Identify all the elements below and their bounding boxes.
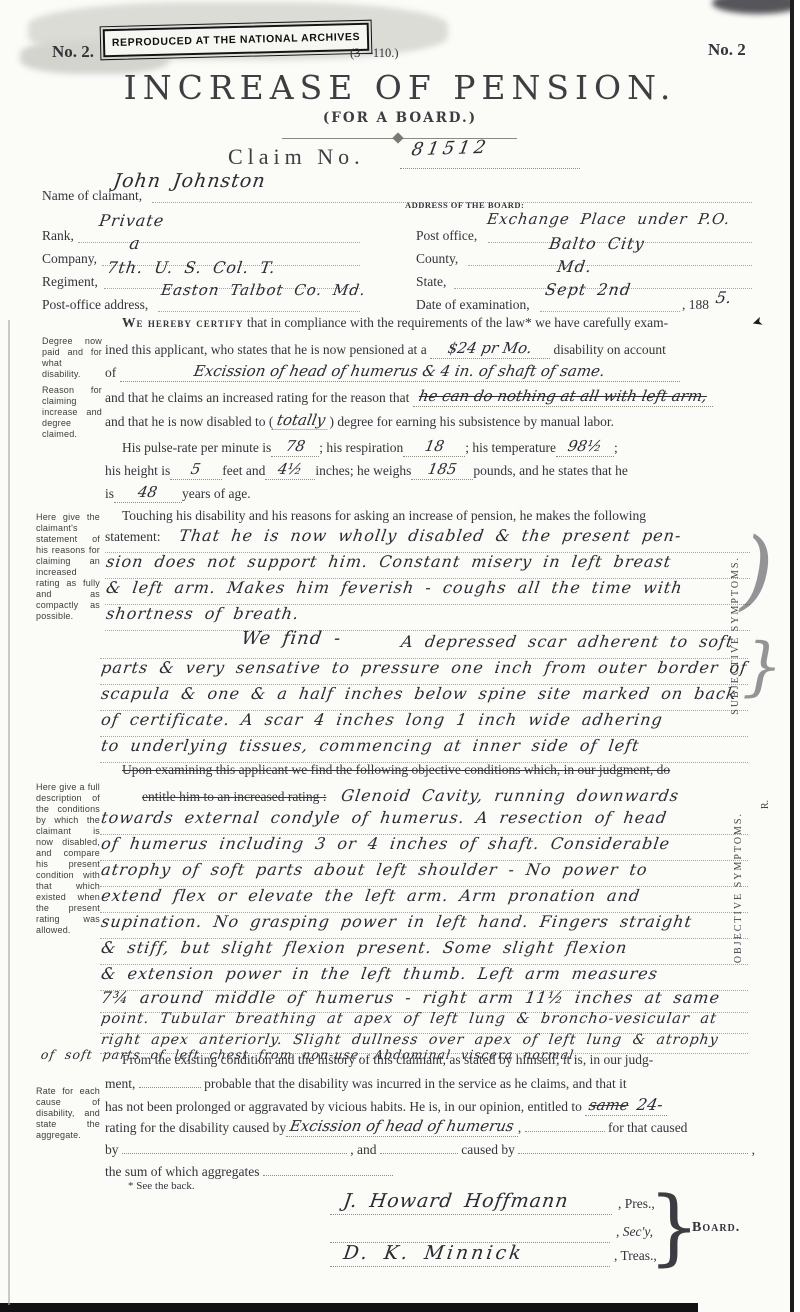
findings-line-5: to underlying tissues, commencing at inn… xyxy=(100,736,748,763)
judgment-caused-by: caused by xyxy=(461,1142,515,1157)
height-feet-field: 5 xyxy=(170,461,222,480)
vitals-semicolon: ; xyxy=(614,440,618,455)
form-number-right: No. 2 xyxy=(708,40,746,60)
scan-edge-right-white xyxy=(794,0,800,1312)
ink-mark-right: ➤ xyxy=(750,313,765,332)
cause-value: Excission of head of humerus xyxy=(284,1117,519,1135)
certify-l5a: and that he is now disabled to ( xyxy=(105,414,273,429)
certify-l3a: of xyxy=(105,365,116,380)
pension-rate-field: $24 pr Mo. xyxy=(430,340,550,359)
findings-line-1: A depressed scar adherent to soft xyxy=(100,632,748,659)
height-label: his height is xyxy=(105,463,170,478)
state-label: State, xyxy=(416,274,446,290)
name-value: John Johnston xyxy=(112,170,267,192)
age-suffix: years of age. xyxy=(182,486,251,501)
struck-rating-text: entitle him to an increased rating : xyxy=(142,789,326,804)
objective-hw-7: & stiff, but slight flexion present. Som… xyxy=(100,938,629,957)
findings-bracket-flourish: } xyxy=(742,630,783,704)
pulse-value: 78 xyxy=(280,437,310,455)
judgment-for-that: for that caused xyxy=(608,1120,687,1135)
margin-note-degree: Degree now paid and for what disability. xyxy=(42,336,102,380)
margin-note-description: Here give a full description of the cond… xyxy=(36,782,100,936)
objective-hw-3: of humerus including 3 or 4 inches of sh… xyxy=(100,834,671,853)
page-subtitle: (FOR A BOARD.) xyxy=(0,110,800,126)
age-value: 48 xyxy=(133,483,163,501)
statement-hw-4: shortness of breath. xyxy=(105,604,301,623)
judgment-blank-6 xyxy=(263,1162,393,1176)
signature-president: J. Howard Hoffmann xyxy=(342,1190,570,1212)
vitals-line-1: His pulse-rate per minute is78; his resp… xyxy=(122,438,618,457)
objective-line-3: of humerus including 3 or 4 inches of sh… xyxy=(100,834,748,861)
objective-symptoms-label: OBJECTIVE SYMPTOMS. xyxy=(733,812,744,963)
age-prefix: is xyxy=(105,486,114,501)
county-value: Balto City xyxy=(548,234,646,253)
findings-hw-1: A depressed scar adherent to soft xyxy=(400,632,735,651)
claim-label: Claim No. xyxy=(228,144,365,170)
po-address-label: Post-office address, xyxy=(42,297,148,313)
company-label: Company, xyxy=(42,251,97,267)
judgment-line-3: has not been prolonged or aggravated by … xyxy=(105,1096,667,1116)
judgment-entitled: has not been prolonged or aggravated by … xyxy=(105,1099,582,1114)
county-label: County, xyxy=(416,251,458,267)
findings-hw-2: parts & very sensative to pressure one i… xyxy=(100,658,749,677)
judgment-blank-1 xyxy=(139,1074,201,1088)
weight-units-label: pounds, and he states that he xyxy=(473,463,627,478)
judgment-aggregates: the sum of which aggregates xyxy=(105,1164,259,1179)
judgment-rating-for: rating for the disability caused by xyxy=(105,1120,286,1135)
height-feet-value: 5 xyxy=(186,460,207,478)
objective-line-4: atrophy of soft parts about left shoulde… xyxy=(100,860,748,887)
pulse-field: 78 xyxy=(271,438,319,457)
objective-hw-10: point. Tubular breathing at apex of left… xyxy=(100,1011,718,1027)
page-title: INCREASE OF PENSION. xyxy=(0,68,800,107)
judgment-blank-3 xyxy=(122,1140,347,1154)
judgment-line-1: From the existing condition and the hist… xyxy=(122,1052,653,1068)
scan-edge-bottom xyxy=(0,1303,698,1312)
pulse-label: His pulse-rate per minute is xyxy=(122,440,271,455)
judgment-probable: probable that the disability was incurre… xyxy=(204,1076,627,1091)
r-margin-label: R. xyxy=(760,800,771,809)
reason-value: he can do nothing at all with left arm, xyxy=(413,387,712,405)
weight-label: inches; he weighs xyxy=(315,463,411,478)
rank-value: Private xyxy=(98,211,166,230)
certify-line-5: and that he is now disabled to (totally)… xyxy=(105,412,614,431)
struck-line-2: entitle him to an increased rating : Gle… xyxy=(142,786,678,806)
findings-line-2: parts & very sensative to pressure one i… xyxy=(100,658,748,685)
temperature-label: ; his temperature xyxy=(465,440,556,455)
findings-hw-3: scapula & one & a half inches below spin… xyxy=(100,684,738,703)
judgment-blank-4 xyxy=(380,1140,458,1154)
vitals-line-3: is48years of age. xyxy=(105,484,251,503)
certify-smallcaps: We hereby certify xyxy=(122,315,243,330)
margin-note-rate: Rate for each cause of disability, and s… xyxy=(36,1086,100,1141)
form-code: (3—110.) xyxy=(350,46,399,61)
objective-line-2: towards external condyle of humerus. A r… xyxy=(100,808,748,835)
rank-label: Rank, xyxy=(42,228,74,244)
objective-hw-6: supination. No grasping power in left ha… xyxy=(100,912,693,931)
signature-treasurer: D. K. Minnick xyxy=(342,1242,525,1264)
disability-field: Excission of head of humerus & 4 in. of … xyxy=(120,363,680,382)
height-inches-value: 4½ xyxy=(273,460,308,478)
reason-field: he can do nothing at all with left arm, xyxy=(413,388,713,407)
margin-note-reason: Reason for claiming increase and degree … xyxy=(42,385,102,440)
certify-line-3: of Excission of head of humerus & 4 in. … xyxy=(105,363,680,382)
cause-field: Excission of head of humerus xyxy=(286,1118,518,1137)
objective-line-7: & stiff, but slight flexion present. Som… xyxy=(100,938,748,965)
judgment-and: , and xyxy=(350,1142,376,1157)
rate-same-value: same xyxy=(584,1096,635,1114)
objective-hw-1: Glenoid Cavity, running downwards xyxy=(340,786,680,805)
scan-smudge-topright xyxy=(712,0,800,14)
po-address-value: Easton Talbot Co. Md. xyxy=(160,281,367,299)
state-value: Md. xyxy=(556,257,593,276)
judgment-line-6: the sum of which aggregates xyxy=(105,1162,393,1180)
objective-line-5: extend flex or elevate the left arm. Arm… xyxy=(100,886,748,913)
certify-l2a: ined this applicant, who states that he … xyxy=(105,342,427,357)
respiration-value: 18 xyxy=(419,437,449,455)
statement-hw-2: sion does not support him. Constant mise… xyxy=(105,552,673,571)
judgment-ment: ment, xyxy=(105,1076,135,1091)
regiment-label: Regiment, xyxy=(42,274,98,290)
certify-l4a: and that he claims an increased rating f… xyxy=(105,390,409,405)
weight-field: 185 xyxy=(411,461,473,480)
judgment-by: by xyxy=(105,1142,119,1157)
judgment-blank-5 xyxy=(518,1140,748,1154)
vitals-line-2: his height is5feet and4½inches; he weigh… xyxy=(105,461,628,480)
objective-hw-5: extend flex or elevate the left arm. Arm… xyxy=(100,886,642,905)
objective-hw-8: & extension power in the left thumb. Lef… xyxy=(100,964,659,983)
objective-hw-4: atrophy of soft parts about left shoulde… xyxy=(100,860,649,879)
respiration-field: 18 xyxy=(403,438,465,457)
statement-line-1: statement: That he is now wholly disable… xyxy=(105,526,750,553)
statement-label: statement: xyxy=(105,529,160,544)
temperature-field: 98½ xyxy=(556,438,614,457)
certify-line-2: ined this applicant, who states that he … xyxy=(105,340,666,359)
regiment-value: 7th. U. S. Col. T. xyxy=(106,258,277,277)
findings-line-3: scapula & one & a half inches below spin… xyxy=(100,684,748,711)
footnote: * See the back. xyxy=(128,1180,195,1192)
certify-line-1: We hereby certify that in compliance wit… xyxy=(122,315,668,331)
scan-fold-left xyxy=(8,320,10,1305)
rate-field: same24- xyxy=(585,1096,667,1116)
board-label: Board. xyxy=(692,1220,740,1236)
judgment-line-5: by , and caused by , xyxy=(105,1140,755,1158)
certify-l2b: disability on account xyxy=(553,342,665,357)
date-label: Date of examination, xyxy=(416,297,530,313)
statement-line-2: sion does not support him. Constant mise… xyxy=(105,552,750,579)
judgment-line-2: ment, probable that the disability was i… xyxy=(105,1074,627,1092)
post-office-value: Exchange Place under P.O. xyxy=(486,210,731,228)
rate-number-value: 24- xyxy=(631,1095,668,1114)
certify-l1b: that in compliance with the requirements… xyxy=(243,315,668,330)
struck-line-1: Upon examining this applicant we find th… xyxy=(122,762,670,778)
objective-line-8: & extension power in the left thumb. Lef… xyxy=(100,964,748,991)
findings-hw-5: to underlying tissues, commencing at inn… xyxy=(100,736,641,755)
age-field: 48 xyxy=(114,484,182,503)
post-office-label: Post office, xyxy=(416,228,477,244)
disability-value: Excission of head of humerus & 4 in. of … xyxy=(189,362,611,380)
statement-hw-1: That he is now wholly disabled & the pre… xyxy=(178,526,683,545)
certify-line-4: and that he claims an increased rating f… xyxy=(105,388,713,407)
statement-bracket-flourish: ) xyxy=(740,520,774,620)
respiration-label: ; his respiration xyxy=(319,440,403,455)
board-header: ADDRESS OF THE BOARD: xyxy=(405,200,524,210)
objective-line-6: supination. No grasping power in left ha… xyxy=(100,912,748,939)
statement-line-4: shortness of breath. xyxy=(105,604,750,631)
findings-line-4: of certificate. A scar 4 inches long 1 i… xyxy=(100,710,748,737)
form-number-left: No. 2. xyxy=(52,42,94,62)
temperature-value: 98½ xyxy=(563,437,608,455)
statement-line-3: & left arm. Makes him feverish - coughs … xyxy=(105,578,750,605)
stamp-text: REPRODUCED AT THE NATIONAL ARCHIVES xyxy=(112,31,361,49)
pension-rate-value: $24 pr Mo. xyxy=(443,339,538,357)
height-inches-field: 4½ xyxy=(265,461,315,480)
margin-note-statement: Here give the claimant's statement of hi… xyxy=(36,512,100,622)
statement-intro: Touching his disability and his reasons … xyxy=(122,508,646,524)
degree-value: totally xyxy=(272,411,331,430)
statement-hw-3: & left arm. Makes him feverish - coughs … xyxy=(105,578,684,597)
objective-hw-9: 7¾ around middle of humerus - right arm … xyxy=(100,988,721,1007)
findings-hw-4: of certificate. A scar 4 inches long 1 i… xyxy=(100,710,664,729)
objective-hw-2: towards external condyle of humerus. A r… xyxy=(100,808,668,827)
weight-value: 185 xyxy=(422,460,462,478)
pension-form-page: ➤ REPRODUCED AT THE NATIONAL ARCHIVES No… xyxy=(0,0,800,1312)
judgment-blank-2 xyxy=(525,1118,605,1132)
certify-l5b: ) degree for earning his subsistence by … xyxy=(329,414,614,429)
subjective-symptoms-label: SUBJECTIVE SYMPTOMS. xyxy=(730,556,741,715)
signature-rule-2 xyxy=(330,1218,610,1243)
judgment-comma-2: , xyxy=(752,1142,755,1157)
judgment-line-4: rating for the disability caused byExcis… xyxy=(105,1118,687,1137)
height-feet-label: feet and xyxy=(222,463,265,478)
date-year-written: 5. xyxy=(710,288,737,307)
date-value: Sept 2nd xyxy=(544,280,633,299)
date-year-printed: , 188 xyxy=(682,297,709,313)
claim-number-value: 81512 xyxy=(410,137,492,161)
